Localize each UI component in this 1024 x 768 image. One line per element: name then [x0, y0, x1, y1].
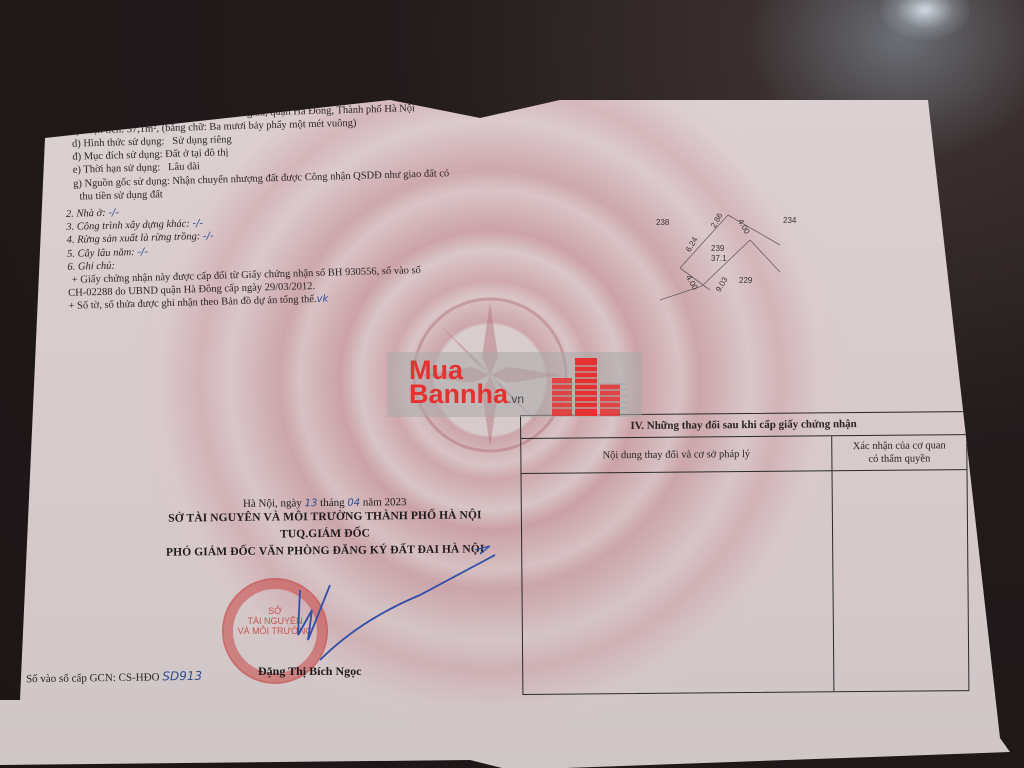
parcel-heading: 1. Thửa đất:	[62, 85, 114, 97]
neighbor-label: 234	[783, 216, 796, 225]
muabannha-watermark: Mua Bannha.vn	[387, 352, 642, 417]
initials: vk	[316, 294, 328, 305]
neighbor-label: 229	[739, 276, 752, 285]
desk-glare	[880, 0, 970, 40]
signer-name: Đặng Thị Bích Ngọc	[258, 664, 361, 679]
parcel-number: 239	[711, 244, 724, 253]
watermark-line-2: Bannha	[409, 379, 508, 409]
section-3-title: III. Sơ đồ thửa đất, nhà ở và tài sản kh…	[532, 78, 800, 90]
registry-number: Số vào sổ cấp GCN: CS-HĐO SD913	[26, 669, 202, 685]
map-sheet: , tờ bản đồ số: 85 (cũ: 03)	[267, 77, 375, 91]
neighbor-label: 238	[656, 218, 669, 227]
parcel-area: 37.1	[711, 254, 727, 263]
section-4-changes-table: IV. Những thay đổi sau khi cấp giấy chứn…	[520, 411, 969, 695]
section-2-parcel-info: II. Thửa đất, nhà ở và tài sản khác gắn …	[62, 60, 489, 313]
column-header-change-content: Nội dung thay đổi và cơ sở pháp lý	[521, 436, 831, 474]
parcel-diagram: 238 234 229 239 37.1 2.86 4.00 6.24 4.00…	[640, 190, 820, 320]
section-2-title: II. Thửa đất, nhà ở và tài sản khác gắn …	[62, 60, 482, 85]
buildings-logo-icon	[552, 356, 627, 416]
parcel-outline-icon	[640, 190, 820, 320]
column-header-confirmation: Xác nhận của cơ quancó thẩm quyền	[832, 435, 966, 471]
certificate-paper: II. Thửa đất, nhà ở và tài sản khác gắn …	[0, 0, 1024, 768]
watermark-suffix: .vn	[508, 392, 524, 406]
